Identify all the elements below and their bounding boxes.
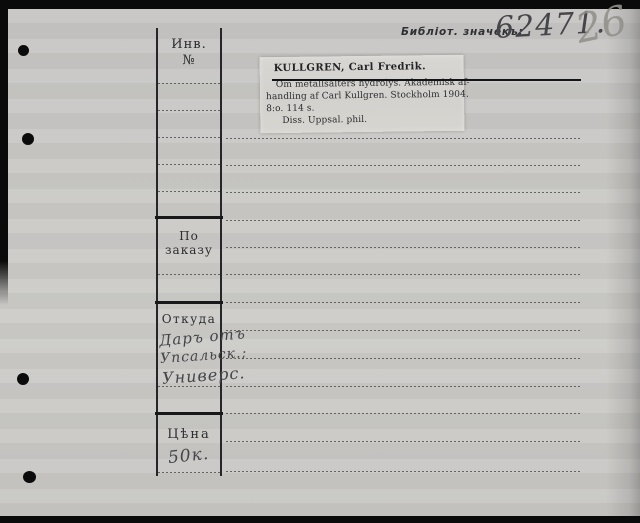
slip-line: handling af Carl Kullgren. Stockholm 190… <box>266 89 460 103</box>
main-ruled-line <box>226 412 581 414</box>
punch-hole <box>23 471 36 483</box>
scan-border-bottom <box>0 516 640 523</box>
main-ruled-line <box>226 357 581 359</box>
main-ruled-line <box>226 273 581 275</box>
main-ruled-line <box>226 385 581 387</box>
column-section-divider <box>155 412 223 415</box>
field-label-inventory-no: № <box>156 53 222 68</box>
field-label-inventory: Инв. <box>156 37 222 52</box>
scan-shadow-right <box>606 9 640 516</box>
main-ruled-line <box>226 191 581 193</box>
main-ruled-line <box>226 164 581 166</box>
slip-description: Om metallsalters hydrolys. Akademisk af-… <box>266 77 461 127</box>
main-ruled-line <box>226 329 581 331</box>
column-ruled-line <box>158 82 220 84</box>
pasted-title-slip: KULLGREN, Carl Fredrik. Om metallsalters… <box>260 55 465 133</box>
column-section-divider <box>155 216 223 219</box>
author-underline-rule <box>272 79 581 81</box>
main-ruled-line <box>226 137 581 139</box>
column-ruled-line <box>158 163 220 165</box>
field-label-order: По заказу <box>156 229 222 257</box>
field-label-price: Цѣна <box>156 427 222 442</box>
column-ruled-line <box>158 190 220 192</box>
main-ruled-line <box>226 440 581 442</box>
catalog-card-scan: Библіот. значекъ: 62471. 26 KULLGREN, Ca… <box>0 0 640 523</box>
field-label-origin: Откуда <box>156 312 222 326</box>
main-ruled-line <box>226 470 581 472</box>
scan-border-left <box>0 9 8 305</box>
column-ruled-line <box>158 273 220 275</box>
main-ruled-line <box>226 246 581 248</box>
column-section-divider <box>155 301 223 304</box>
main-ruled-line <box>226 301 581 303</box>
price-value-handwritten: 50к. <box>167 444 210 468</box>
punch-hole <box>22 133 34 145</box>
punch-hole <box>18 45 29 56</box>
column-ruled-line <box>158 136 220 138</box>
slip-author-heading: KULLGREN, Carl Fredrik. <box>274 61 464 74</box>
column-ruled-line <box>158 471 220 473</box>
main-ruled-line <box>226 219 581 221</box>
column-ruled-line <box>158 109 220 111</box>
slip-line: Diss. Uppsal. phil. <box>266 113 460 127</box>
punch-hole <box>17 373 29 385</box>
